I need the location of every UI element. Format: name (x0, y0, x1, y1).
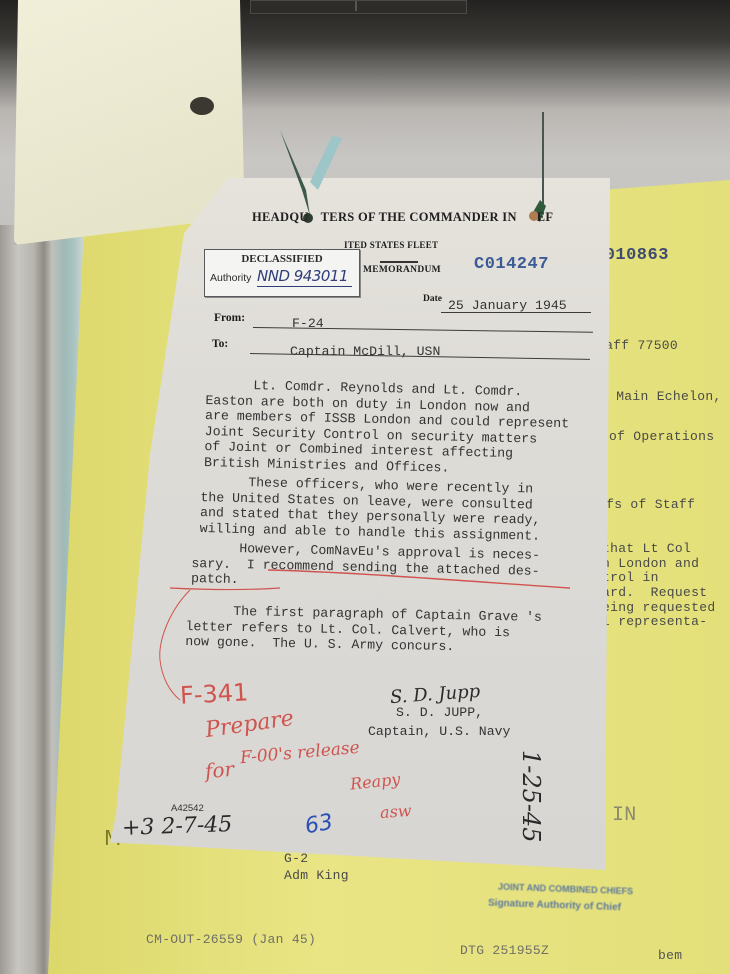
letterhead-title-right: EF (537, 210, 554, 224)
letterhead-title: HEADQUTERS OF THE COMMANDER INEF (252, 210, 553, 225)
red-annotation-asw: asw (379, 801, 412, 822)
dtg: DTG 251955Z (460, 943, 549, 958)
handwritten-date-bottom: +3 2-7-45 (122, 812, 233, 841)
paragraph-1: Lt. Comdr. Reynolds and Lt. Comdr. Easto… (204, 377, 570, 479)
subtitle-rule (380, 261, 418, 263)
underlying-fragment: eing requested (602, 600, 715, 615)
box-clip (250, 0, 467, 14)
underlying-fragment: ard. Request (602, 585, 707, 600)
punch-hole (190, 97, 214, 115)
underlying-fragment: efs of Staff (598, 497, 695, 512)
authority-underline (257, 286, 352, 287)
letterhead-title-mid: TERS OF THE COMMANDER IN (321, 210, 517, 224)
declassified-stamp: DECLASSIFIED Authority NND 943011 (204, 249, 360, 297)
letterhead-title-left: HEADQU (252, 210, 309, 224)
distribution-adm-king: Adm King (284, 868, 349, 883)
underlying-fragment: l representa- (602, 614, 707, 629)
message-reference: CM-OUT-26559 (Jan 45) (146, 932, 316, 947)
to-value: Captain McDill, USN (290, 344, 440, 360)
date-rule (441, 312, 591, 313)
distribution-g2: G-2 (284, 851, 308, 866)
typist-initials: bem (658, 948, 682, 963)
blue-annotation-number: 63 (303, 810, 335, 839)
to-label: To: (212, 338, 228, 350)
underlying-fragment: trol in (602, 570, 659, 585)
underlying-fragment: of Operations (609, 429, 714, 444)
paragraph-2: These officers, who were recently in the… (200, 474, 542, 544)
date-label: Date (423, 294, 442, 304)
underlying-fragment: , Main Echelon, (600, 389, 722, 404)
declassified-title: DECLASSIFIED (205, 253, 359, 265)
signature-typed-title: Captain, U.S. Navy (368, 724, 510, 740)
underlying-fragment: n London and (602, 556, 699, 571)
handwritten-date-vertical: 1-25-45 (517, 750, 545, 843)
authority-label: Authority (210, 272, 251, 284)
control-number: C014247 (474, 255, 549, 274)
underlying-fragment: IN (612, 804, 637, 827)
red-annotation-for: for (204, 757, 235, 783)
form-type: MEMORANDUM (363, 265, 441, 275)
underlying-fragment: that Lt Col (602, 541, 691, 556)
from-label: From: (214, 312, 245, 324)
underlying-fragment: taff 77500 (597, 338, 678, 353)
signature-typed-name: S. D. JUPP, (396, 705, 483, 721)
from-value: F-24 (292, 316, 324, 332)
red-annotation-code: F-341 (179, 678, 249, 710)
authority-value: NND 943011 (257, 267, 348, 285)
